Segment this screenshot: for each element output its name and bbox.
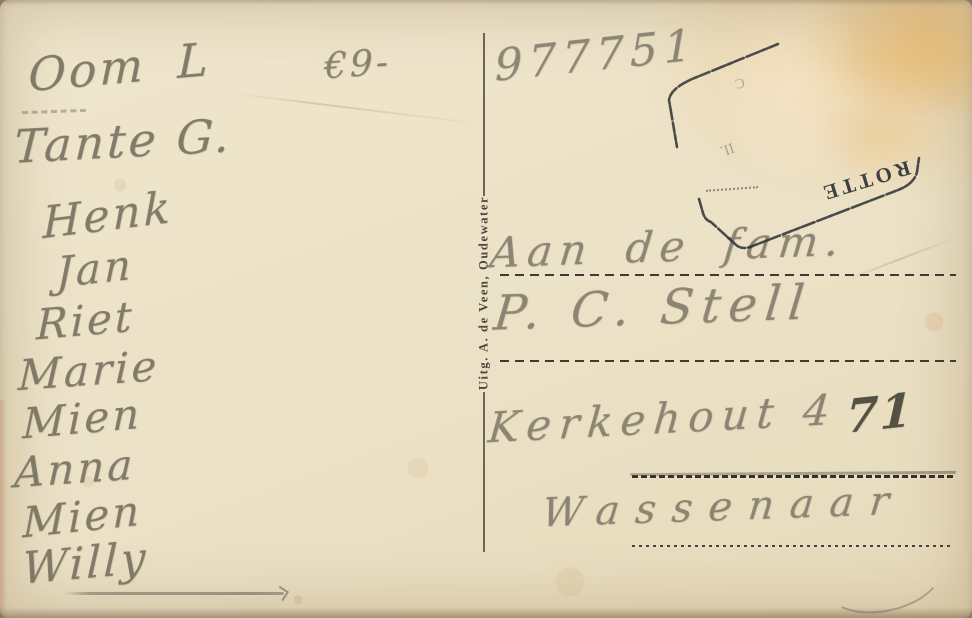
- address-line-4: Wassenaar: [540, 478, 907, 537]
- publisher-imprint: Uitg. A. de Veen, Oudewater: [477, 196, 492, 390]
- address-house-number: 71: [845, 382, 915, 444]
- pencil-flourish: [816, 528, 950, 618]
- divider-line: [483, 392, 485, 552]
- card-edge-shadow: [0, 607, 972, 618]
- handwritten-name: Oom L: [28, 32, 211, 102]
- postcard-back: Oom L Tante G. Henk Jan Riet Marie Mien …: [0, 0, 972, 618]
- address-line-2: P. C. Stell: [491, 274, 815, 341]
- price-mark: €9-: [324, 42, 391, 88]
- divider-line: [483, 33, 485, 196]
- address-line-1: Aan de fam.: [488, 216, 849, 278]
- handwritten-name: Tante G.: [13, 108, 234, 174]
- handwritten-name: Jan: [56, 240, 134, 298]
- paper-crease: [233, 92, 486, 125]
- handwritten-name: Riet: [36, 292, 135, 350]
- card-edge-tint: [0, 400, 7, 618]
- pencil-underline-arrow: [64, 592, 284, 595]
- postmark-faint-mark: II.: [718, 138, 737, 159]
- tape-stain: [740, 0, 972, 190]
- handwritten-name: Henk: [42, 182, 172, 249]
- handwritten-name: Willy: [21, 532, 149, 594]
- address-line-3: Kerkehout 4: [486, 385, 840, 453]
- address-rule-line: [500, 360, 956, 362]
- pencil-smudge: [22, 109, 86, 114]
- card-edge-shadow: [0, 0, 972, 5]
- serial-number: 977751: [494, 19, 698, 92]
